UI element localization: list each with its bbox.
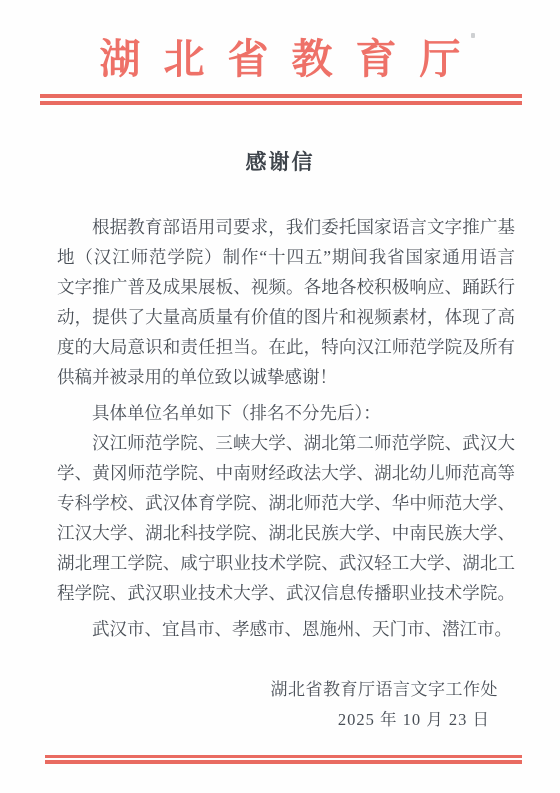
signature: 湖北省教育厅语言文字工作处 <box>0 675 498 705</box>
letterhead-org-name: 湖北省教育厅 <box>0 36 560 83</box>
rule-bar-bottom <box>40 101 522 105</box>
date: 2025 年 10 月 23 日 <box>0 705 490 735</box>
letterhead-rule <box>40 94 522 105</box>
body-line: 程学院、武汉职业技术大学、武汉信息传播职业技术学院。 <box>57 578 515 608</box>
letter-title: 感谢信 <box>0 150 560 174</box>
body-line: 湖北理工学院、咸宁职业技术学院、武汉轻工大学、湖北工 <box>57 548 515 578</box>
document-page: 湖北省教育厅 感谢信 根据教育部语用司要求，我们委托国家语言文字推广基 地（汉江… <box>0 0 560 793</box>
footer-rule <box>45 755 522 764</box>
body-line: 具体单位名单如下（排名不分先后）： <box>57 398 515 428</box>
rule-bar-bottom <box>45 760 522 764</box>
body-line: 地（汉江师范学院）制作“十四五”期间我省国家通用语言 <box>57 242 515 272</box>
body-line: 度的大局意识和责任担当。在此，特向汉江师范学院及所有 <box>57 332 515 362</box>
body-line: 专科学校、武汉体育学院、湖北师范大学、华中师范大学、 <box>57 488 515 518</box>
body-line: 武汉市、宜昌市、孝感市、恩施州、天门市、潜江市。 <box>57 614 515 644</box>
body-line: 汉江师范学院、三峡大学、湖北第二师范学院、武汉大 <box>57 428 515 458</box>
body-line: 学、黄冈师范学院、中南财经政法大学、湖北幼儿师范高等 <box>57 458 515 488</box>
body-line: 文字推广普及成果展板、视频。各地各校积极响应、踊跃行 <box>57 272 515 302</box>
body-line: 江汉大学、湖北科技学院、湖北民族大学、中南民族大学、 <box>57 518 515 548</box>
letter-body: 根据教育部语用司要求，我们委托国家语言文字推广基 地（汉江师范学院）制作“十四五… <box>57 212 515 644</box>
body-line: 根据教育部语用司要求，我们委托国家语言文字推广基 <box>57 212 515 242</box>
scan-speck <box>471 33 475 38</box>
body-line: 供稿并被录用的单位致以诚挚感谢！ <box>57 362 515 392</box>
signature-block: 湖北省教育厅语言文字工作处 2025 年 10 月 23 日 <box>0 675 560 735</box>
body-line: 动，提供了大量高质量有价值的图片和视频素材，体现了高 <box>57 302 515 332</box>
